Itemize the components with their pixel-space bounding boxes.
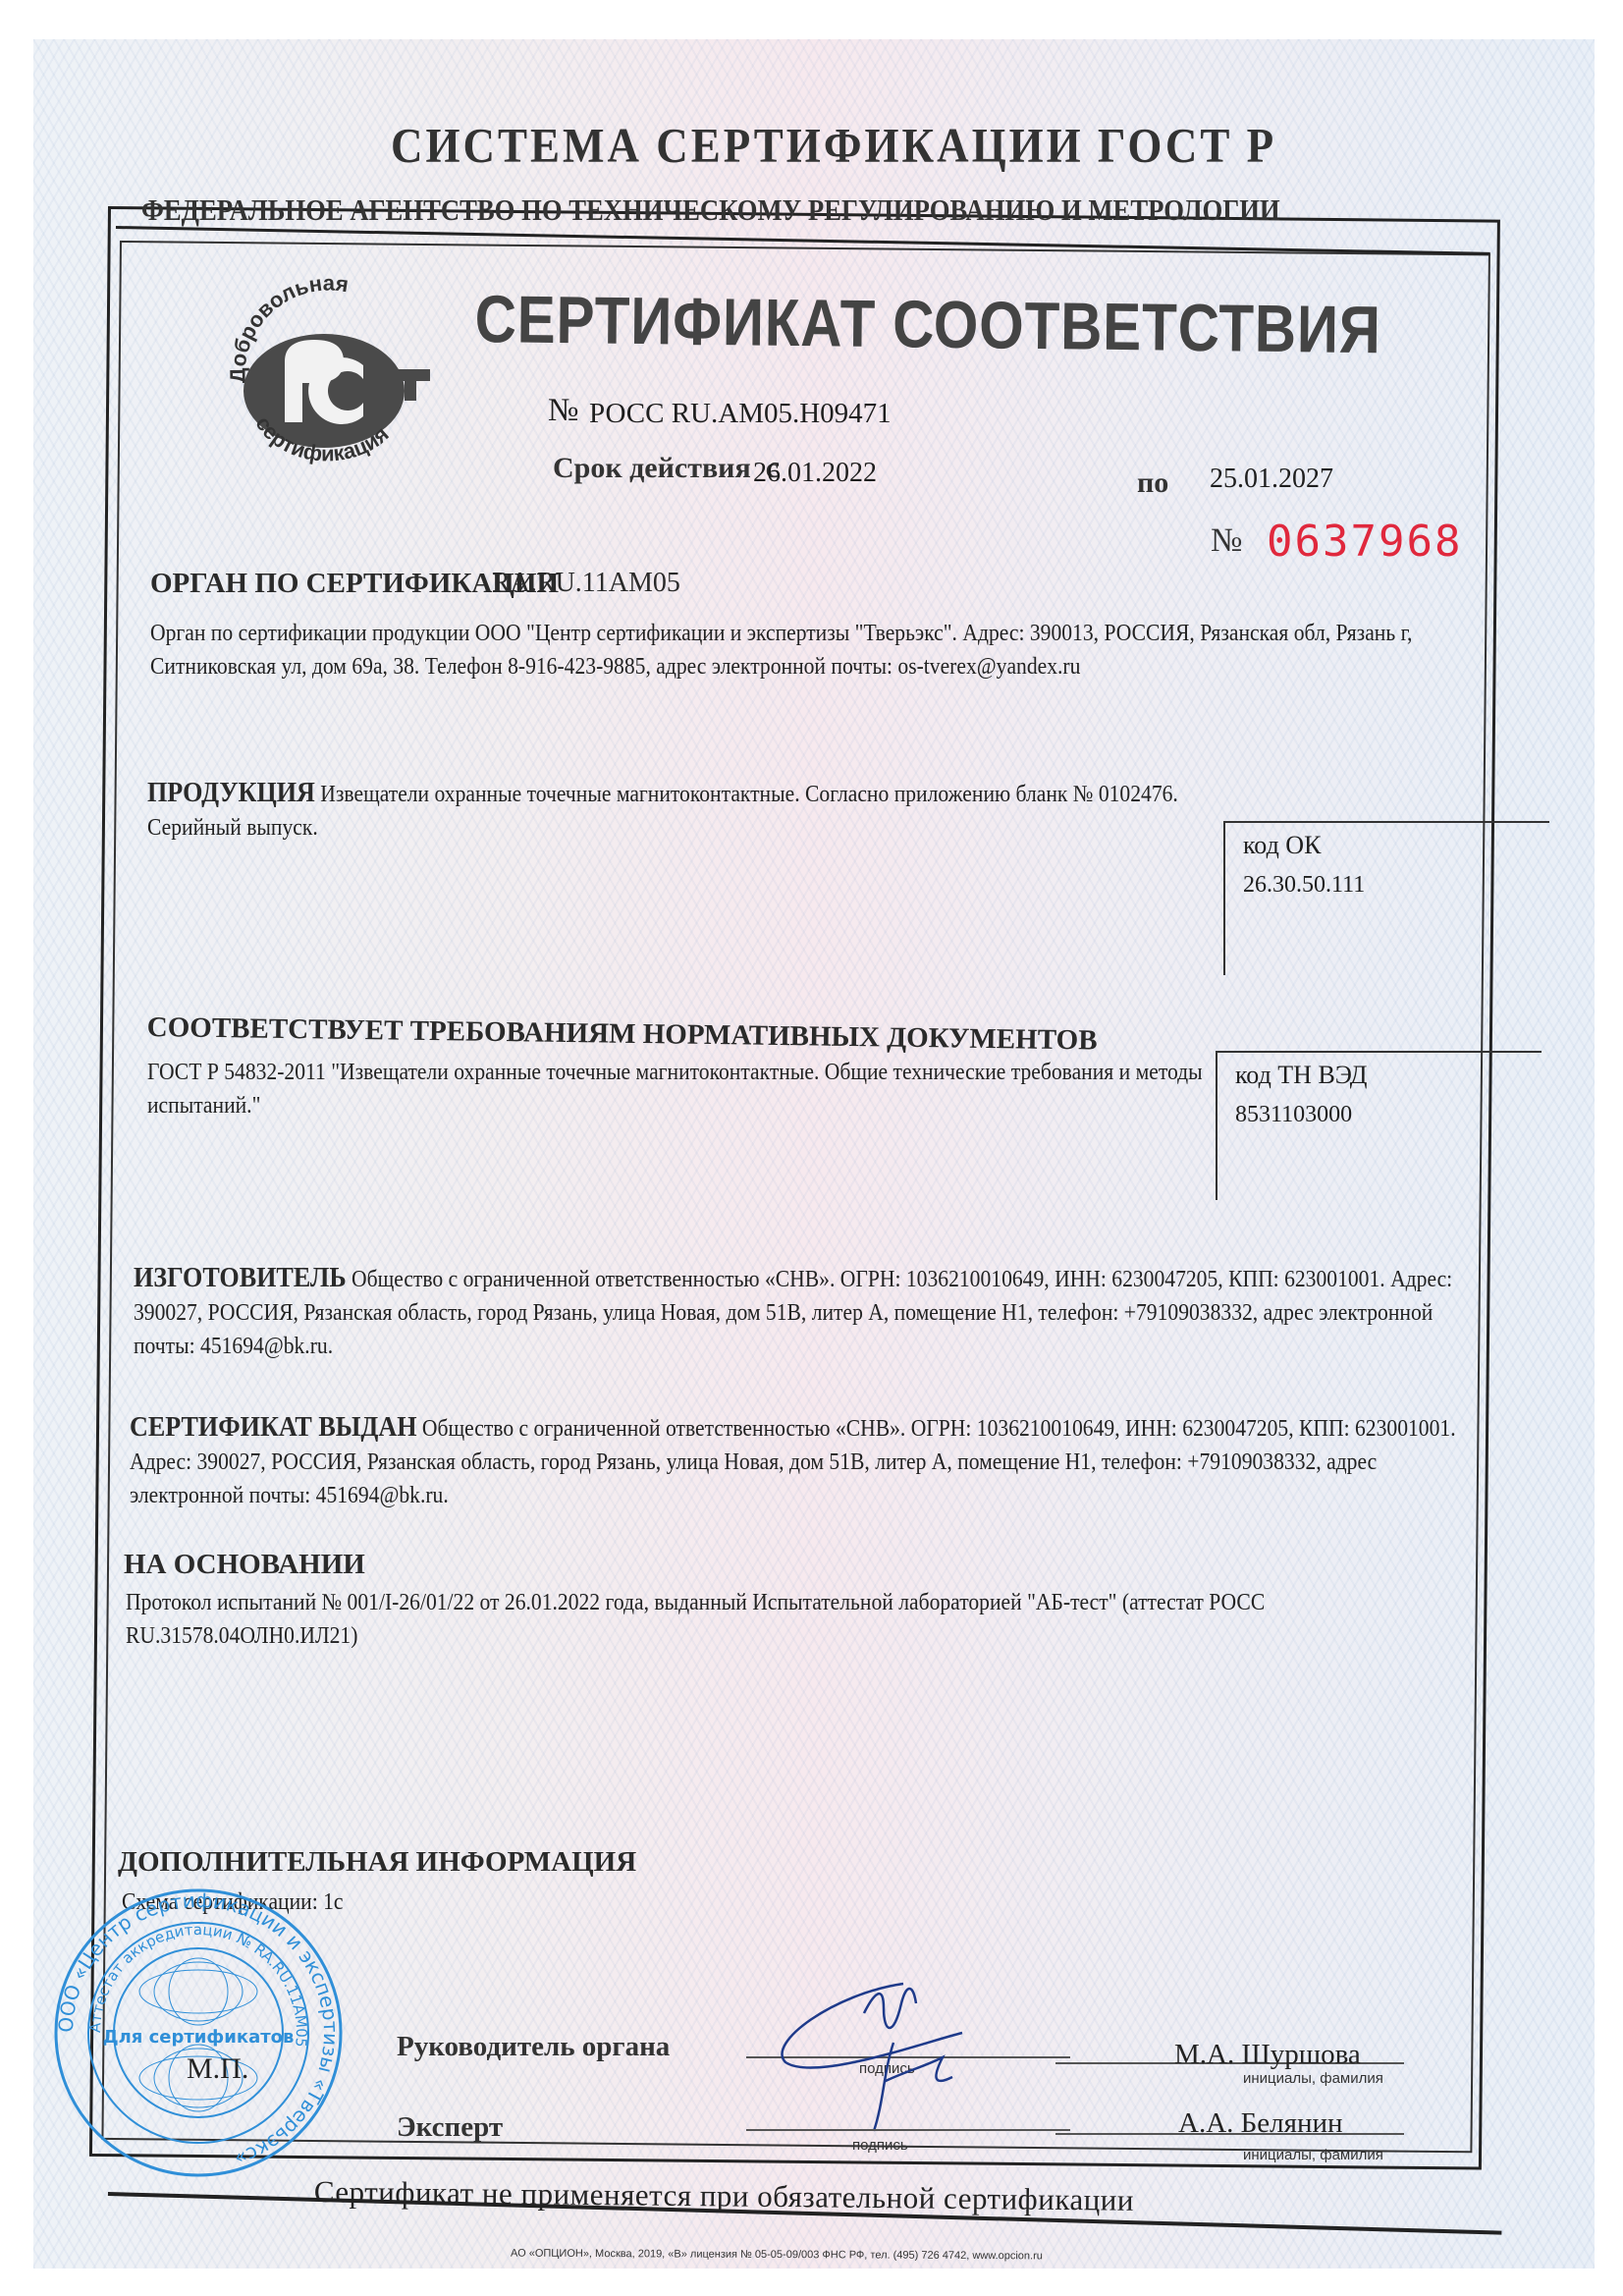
expert-name-caption: инициалы, фамилия xyxy=(1243,2147,1383,2163)
product-section: ПРОДУКЦИЯ Извещатели охранные точечные м… xyxy=(147,776,1234,845)
reg-number-label: № xyxy=(548,393,579,429)
signature-icon xyxy=(746,1974,1021,2141)
reg-number: РОСС RU.AM05.H09471 xyxy=(589,398,892,430)
head-name: М.А. Шуршова xyxy=(1174,2039,1361,2071)
basis-text: Протокол испытаний № 001/I-26/01/22 от 2… xyxy=(126,1586,1469,1653)
certification-body-code: RA.RU.11АМ05 xyxy=(492,568,680,599)
seal-placeholder-label: М.П. xyxy=(187,2052,248,2086)
manufacturer-heading: ИЗГОТОВИТЕЛЬ xyxy=(134,1262,347,1293)
system-title: СИСТЕМА СЕРТИФИКАЦИИ ГОСТ Р xyxy=(391,117,1276,173)
expert-signature-line xyxy=(746,2129,1070,2131)
valid-from-date: 26.01.2022 xyxy=(753,458,877,489)
rst-logo-icon: Добровольная сертификация xyxy=(216,275,437,471)
validity-text: Срок действия xyxy=(553,452,751,484)
tn-ved-label: код ТН ВЭД xyxy=(1235,1061,1368,1090)
expert-role-label: Эксперт xyxy=(397,2111,503,2144)
issued-to-heading: СЕРТИФИКАТ ВЫДАН xyxy=(130,1411,417,1443)
expert-name: А.А. Белянин xyxy=(1178,2107,1343,2140)
ok-code-value: 26.30.50.111 xyxy=(1243,872,1365,899)
issued-to-section: СЕРТИФИКАТ ВЫДАН Общество с ограниченной… xyxy=(130,1410,1473,1512)
certification-body-heading: ОРГАН ПО СЕРТИФИКАЦИИ RA.RU.11АМ05 xyxy=(150,568,559,600)
tn-ved-code-box: код ТН ВЭД 8531103000 xyxy=(1216,1051,1542,1200)
validity-label: Срок действия с xyxy=(553,452,779,485)
product-heading: ПРОДУКЦИЯ xyxy=(147,777,315,808)
tn-ved-value: 8531103000 xyxy=(1235,1102,1352,1128)
blank-number: 0637968 xyxy=(1267,517,1462,567)
basis-heading: НА ОСНОВАНИИ xyxy=(124,1549,365,1581)
certificate-title: СЕРТИФИКАТ СООТВЕТСТВИЯ xyxy=(474,281,1381,368)
manufacturer-section: ИЗГОТОВИТЕЛЬ Общество с ограниченной отв… xyxy=(134,1261,1477,1363)
head-name-caption: инициалы, фамилия xyxy=(1243,2070,1383,2087)
certification-body-text: Орган по сертификации продукции ООО "Цен… xyxy=(150,617,1476,683)
blank-number-label: № xyxy=(1211,522,1242,560)
valid-to-date: 25.01.2027 xyxy=(1210,464,1333,495)
expert-signature-caption: подпись xyxy=(852,2137,908,2154)
conformity-text: ГОСТ Р 54832-2011 "Извещатели охранные т… xyxy=(147,1056,1234,1122)
ok-code-box: код ОК 26.30.50.111 xyxy=(1223,821,1549,975)
agency-title: ФЕДЕРАЛЬНОЕ АГЕНТСТВО ПО ТЕХНИЧЕСКОМУ РЕ… xyxy=(141,192,1280,228)
svg-text:Для сертификатов: Для сертификатов xyxy=(103,2027,295,2048)
additional-info-heading: ДОПОЛНИТЕЛЬНАЯ ИНФОРМАЦИЯ xyxy=(118,1846,636,1879)
valid-to-label: по xyxy=(1137,466,1168,500)
head-role-label: Руководитель органа xyxy=(397,2031,670,2063)
seal-stamp-icon: ООО «Центр сертификации и экспертизы «Тв… xyxy=(51,1886,346,2180)
ok-code-label: код ОК xyxy=(1243,831,1321,860)
